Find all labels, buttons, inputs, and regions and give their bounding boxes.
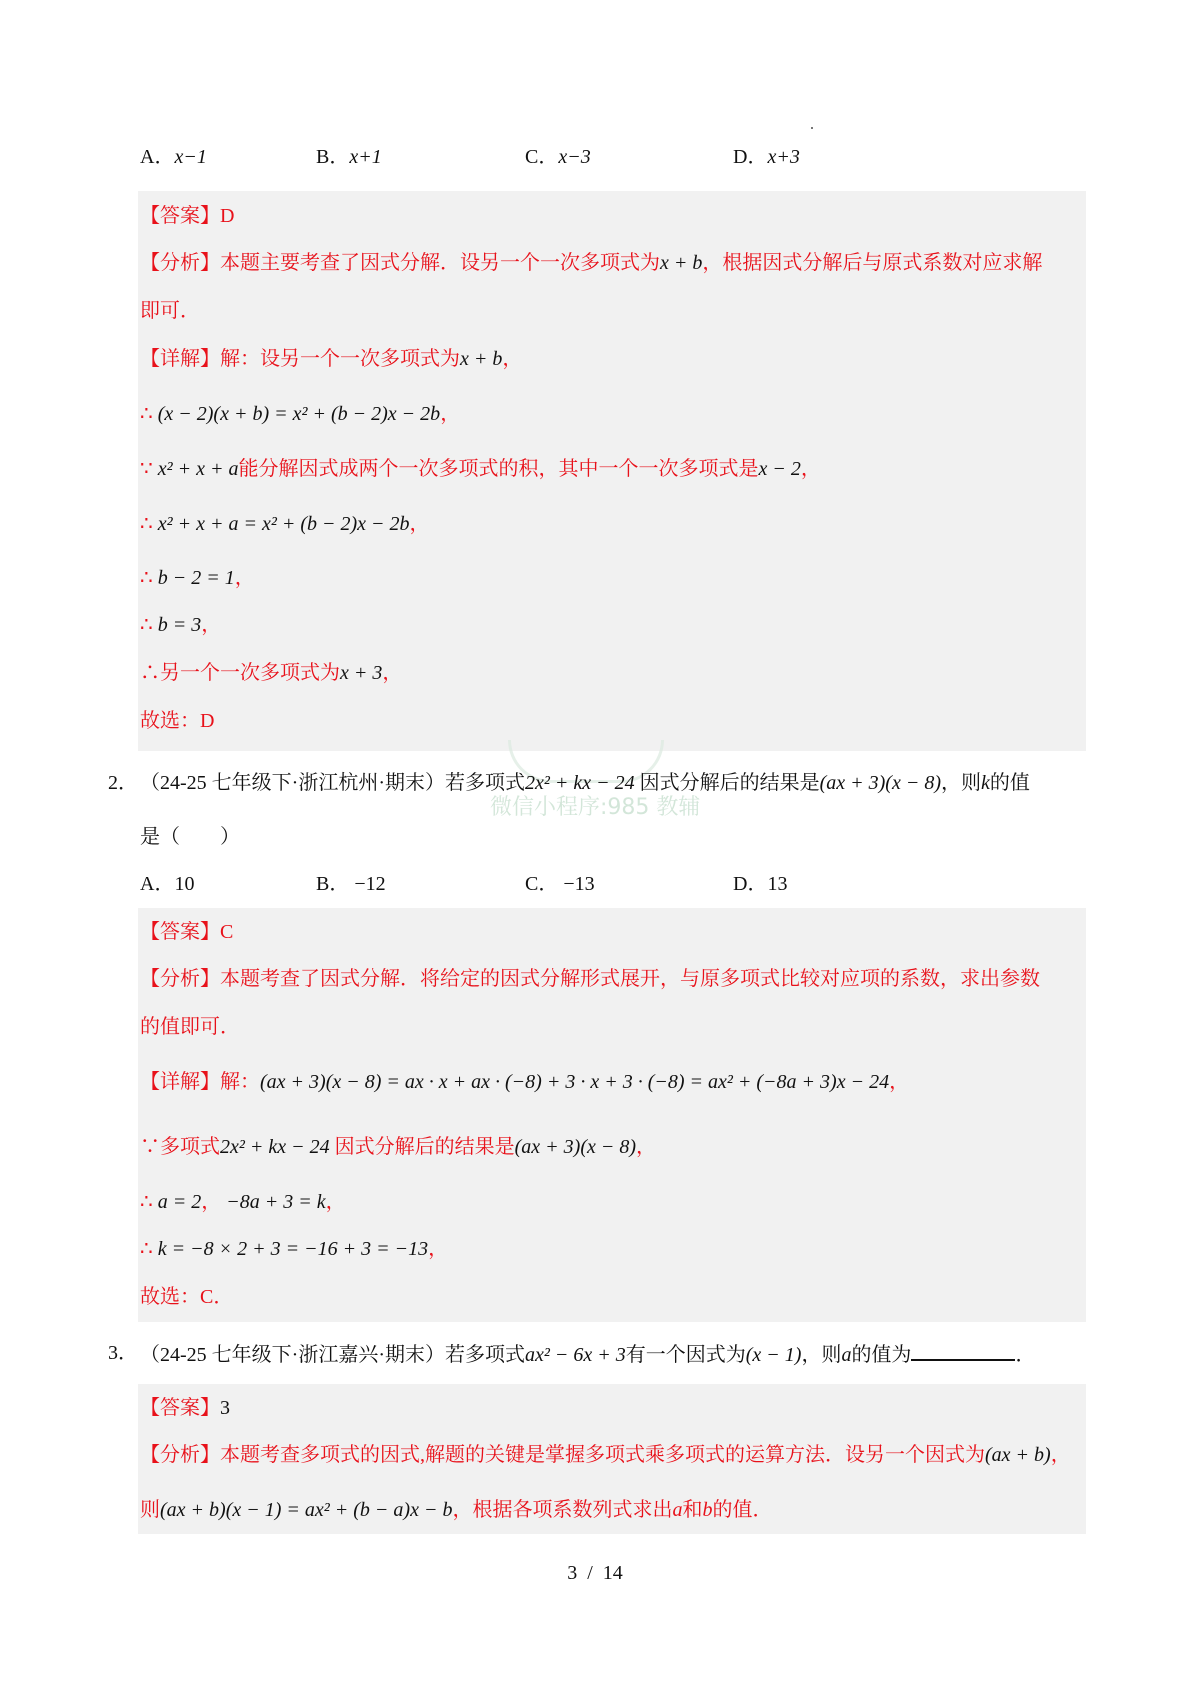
q1-analysis-line1: 【分析】本题主要考查了因式分解．设另一个一次多项式为x + b，根据因式分解后与… [140,249,1042,277]
therefore-symbol: ∴ [140,614,153,636]
analysis-text: ，根据各项系数列式求出 [452,1499,672,1521]
q1-step-3: ∴ x² + x + a = x² + (b − 2)x − 2b， [140,510,430,538]
analysis-text: 则 [140,1499,160,1521]
stem-text: 若多项式 [445,772,525,794]
q2-option-b: B． −12 [316,870,386,898]
q2-number: 2． [108,769,138,797]
option-value: x−1 [174,146,206,168]
option-value: x+3 [767,146,799,168]
stem-text: ，则 [801,1344,841,1366]
therefore-symbol: ∴ [140,513,153,535]
analysis-text: 和 [682,1499,702,1521]
q1-step-1: ∴ (x − 2)(x + b) = x² + (b − 2)x − 2b， [140,400,460,428]
math-expr: (ax + b)(x − 1) = ax² + (b − a)x − b [160,1499,452,1521]
answer-tag: 【答案】 [140,921,220,943]
step-text: 能分解因式成两个一次多项式的积，其中一个一次多项式是 [238,458,758,480]
math-expr: b = 3 [158,614,202,636]
analysis-text: 本题考查了因式分解．将给定的因式分解形式展开，与原多项式比较对应项的系数，求出参… [220,968,1040,990]
detail-text: 解：设另一个一次多项式为 [220,348,460,370]
stem-text: 的值为 [851,1344,911,1366]
option-value: −13 [563,873,594,895]
option-label: D． [733,873,767,895]
math-expr: (x − 1) [746,1344,802,1366]
punct: ， [201,614,221,636]
punct: ， [326,1191,346,1213]
therefore-symbol: ∴ [140,1191,153,1213]
punct: ． [1015,1344,1035,1366]
math-expr: ax² − 6x + 3 [525,1344,626,1366]
math-expr: (ax + 3)(x − 8) = ax · x + ax · (−8) + 3… [260,1071,889,1093]
q1-answer: 【答案】D [140,202,234,230]
answer-tag: 【答案】 [140,1397,220,1419]
punct: ， [428,1238,448,1260]
q3-analysis-line1: 【分析】本题考查多项式的因式,解题的关键是掌握多项式乘多项式的运算方法．设另一个… [140,1441,1071,1469]
therefore-symbol: ∴ [140,662,160,684]
step-text: 多项式 [160,1136,220,1158]
analysis-text: 本题主要考查了因式分解．设另一个一次多项式为 [220,252,660,274]
therefore-symbol: ∴ [140,403,153,425]
math-expr: a [672,1499,682,1521]
option-label: C． [525,146,558,168]
option-value: x−3 [558,146,590,168]
because-symbol: ∵ [140,458,153,480]
stem-text: 若多项式 [445,1344,525,1366]
option-label: B． [316,873,349,895]
q3-answer: 【答案】3 [140,1394,230,1422]
answer-value: D [220,205,234,227]
math-expr: −8a + 3 = k [226,1191,325,1213]
punct: ， [1051,1444,1071,1466]
because-symbol: ∵ [140,1136,160,1158]
q1-step-2: ∵ x² + x + a能分解因式成两个一次多项式的积，其中一个一次多项式是x … [140,455,821,483]
question-source: （24-25 七年级下·浙江杭州·期末） [140,772,445,794]
page-current: 3 [567,1562,577,1584]
math-expr: (ax + 3)(x − 8) [515,1136,636,1158]
math-expr: a = 2 [158,1191,202,1213]
punct: ， [410,513,430,535]
math-expr: (x − 2)(x + b) = x² + (b − 2)x − 2b [158,403,440,425]
q1-option-d: D．x+3 [733,143,800,171]
q2-option-d: D．13 [733,870,787,898]
math-expr: b [702,1499,712,1521]
option-value: x+1 [349,146,381,168]
punct: ， [801,458,821,480]
math-expr: k [981,772,990,794]
detail-tag: 【详解】 [140,1071,220,1093]
math-expr: x² + x + a = x² + (b − 2)x − 2b [158,513,410,535]
math-expr: x − 2 [758,458,800,480]
answer-value: C [220,921,233,943]
punct: ， [235,567,255,589]
analysis-tag: 【分析】 [140,1444,220,1466]
q1-detail-intro: 【详解】解：设另一个一次多项式为x + b， [140,345,522,373]
q1-step-5: ∴ b = 3， [140,611,221,639]
math-expr: x + 3 [340,662,382,684]
option-label: A． [140,146,174,168]
q1-option-a: A．x−1 [140,143,207,171]
math-expr: k = −8 × 2 + 3 = −16 + 3 = −13 [158,1238,428,1260]
punct: ， [201,1191,221,1213]
answer-tag: 【答案】 [140,205,220,227]
math-expr: x + b [660,252,702,274]
option-label: B． [316,146,349,168]
q1-conclusion: 故选：D [140,707,214,735]
therefore-symbol: ∴ [140,1238,153,1260]
q3-stem: （24-25 七年级下·浙江嘉兴·期末）若多项式ax² − 6x + 3有一个因… [140,1339,1035,1369]
q2-analysis-line2: 的值即可． [140,1013,240,1041]
math-expr: (ax + 3)(x − 8) [820,772,941,794]
stem-text: ，则 [941,772,981,794]
math-expr: x² + x + a [158,458,239,480]
punct: ， [382,662,402,684]
q2-option-a: A．10 [140,870,194,898]
therefore-symbol: ∴ [140,567,153,589]
page-total: 14 [603,1562,623,1584]
page-separator: / [587,1562,593,1584]
page-number: 3 / 14 [0,1562,1190,1585]
option-label: C． [525,873,558,895]
analysis-text: 本题考查多项式的因式,解题的关键是掌握多项式乘多项式的运算方法．设另一个因式为 [220,1444,985,1466]
math-expr: 2x² + kx − 24 [220,1136,330,1158]
analysis-tag: 【分析】 [140,968,220,990]
q1-step-6: ∴另一个一次多项式为x + 3， [140,659,402,687]
q1-option-c: C．x−3 [525,143,591,171]
punct: ， [502,348,522,370]
q2-option-c: C． −13 [525,870,595,898]
answer-value: 3 [220,1397,230,1419]
q2-detail: 【详解】解：(ax + 3)(x − 8) = ax · x + ax · (−… [140,1068,909,1096]
q1-step-4: ∴ b − 2 = 1， [140,564,255,592]
option-value: −12 [354,873,385,895]
q2-stem-line2: 是（ ） [140,823,240,851]
stray-mark [811,127,813,129]
math-expr: 2x² + kx − 24 [525,772,635,794]
q1-option-b: B．x+1 [316,143,382,171]
option-label: A． [140,873,174,895]
step-text: 另一个一次多项式为 [160,662,340,684]
punct: ， [440,403,460,425]
stem-text: 有一个因式为 [626,1344,746,1366]
punct: ， [636,1136,656,1158]
punct: ， [889,1071,909,1093]
math-expr: (ax + b) [985,1444,1051,1466]
q3-number: 3． [108,1339,138,1367]
analysis-text: ，根据因式分解后与原式系数对应求解 [702,252,1042,274]
q2-step-1: ∵多项式2x² + kx − 24 因式分解后的结果是(ax + 3)(x − … [140,1133,656,1161]
q3-analysis-line2: 则(ax + b)(x − 1) = ax² + (b − a)x − b，根据… [140,1496,772,1524]
answer-blank[interactable] [911,1339,1015,1361]
q2-answer: 【答案】C [140,918,233,946]
option-value: 10 [174,873,194,895]
stem-text: 的值 [990,772,1030,794]
q1-analysis-line2: 即可． [140,297,200,325]
stem-text: 因式分解后的结果是 [640,772,820,794]
math-expr: x + b [460,348,502,370]
analysis-tag: 【分析】 [140,252,220,274]
q2-step-2: ∴ a = 2， −8a + 3 = k， [140,1188,346,1216]
option-value: 13 [767,873,787,895]
math-expr: b − 2 = 1 [158,567,235,589]
question-source: （24-25 七年级下·浙江嘉兴·期末） [140,1344,445,1366]
option-label: D． [733,146,767,168]
math-expr: a [841,1344,851,1366]
q2-analysis-line1: 【分析】本题考查了因式分解．将给定的因式分解形式展开，与原多项式比较对应项的系数… [140,965,1040,993]
document-page: A．x−1 B．x+1 C．x−3 D．x+3 【答案】D 【分析】本题主要考查… [0,0,1190,1683]
step-text: 因式分解后的结果是 [335,1136,515,1158]
detail-text: 解： [220,1071,260,1093]
detail-tag: 【详解】 [140,348,220,370]
q2-step-3: ∴ k = −8 × 2 + 3 = −16 + 3 = −13， [140,1235,448,1263]
q2-conclusion: 故选：C． [140,1283,233,1311]
analysis-text: 的值． [712,1499,772,1521]
q2-stem-line1: （24-25 七年级下·浙江杭州·期末）若多项式2x² + kx − 24 因式… [140,769,1030,797]
